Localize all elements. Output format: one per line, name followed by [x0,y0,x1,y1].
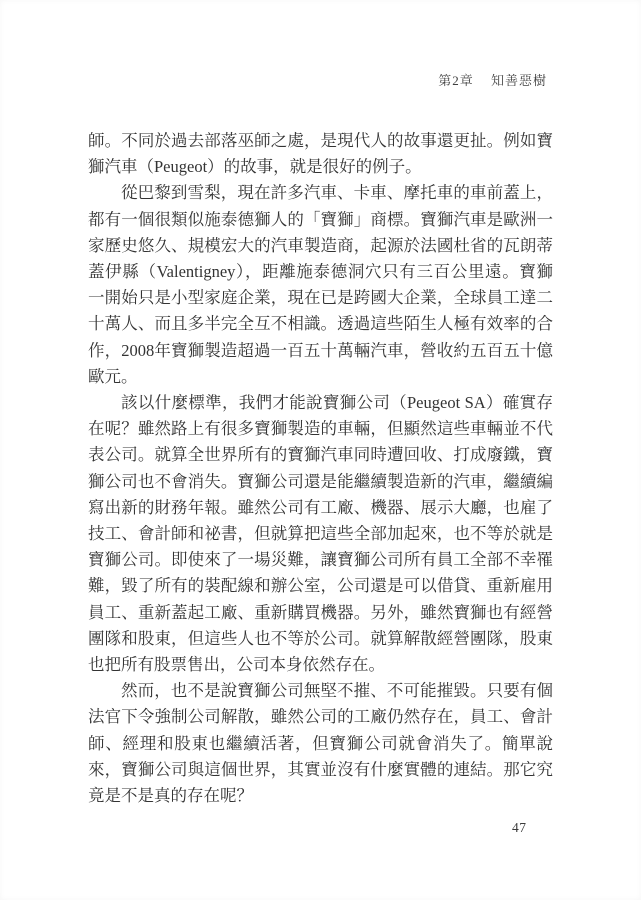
page-number: 47 [512,820,527,836]
paragraph-continuation: 師。不同於過去部落巫師之處，是現代人的故事還更扯。例如寶獅汽車（Peugeot）… [88,128,553,180]
chapter-title: 知善惡樹 [491,73,547,88]
paragraph: 該以什麼標準，我們才能說寶獅公司（Peugeot SA）確實存在呢？雖然路上有很… [88,390,553,678]
page-body: 師。不同於過去部落巫師之處，是現代人的故事還更扯。例如寶獅汽車（Peugeot）… [88,128,553,809]
paragraph: 從巴黎到雪梨，現在許多汽車、卡車、摩托車的車前蓋上，都有一個很類似施泰德獅人的「… [88,180,553,390]
book-page: 第2章 知善惡樹 師。不同於過去部落巫師之處，是現代人的故事還更扯。例如寶獅汽車… [0,0,641,900]
paragraph: 然而，也不是說寶獅公司無堅不摧、不可能摧毀。只要有個法官下令強制公司解散，雖然公… [88,678,553,809]
chapter-number: 第2章 [438,73,474,88]
running-header: 第2章 知善惡樹 [438,70,547,89]
